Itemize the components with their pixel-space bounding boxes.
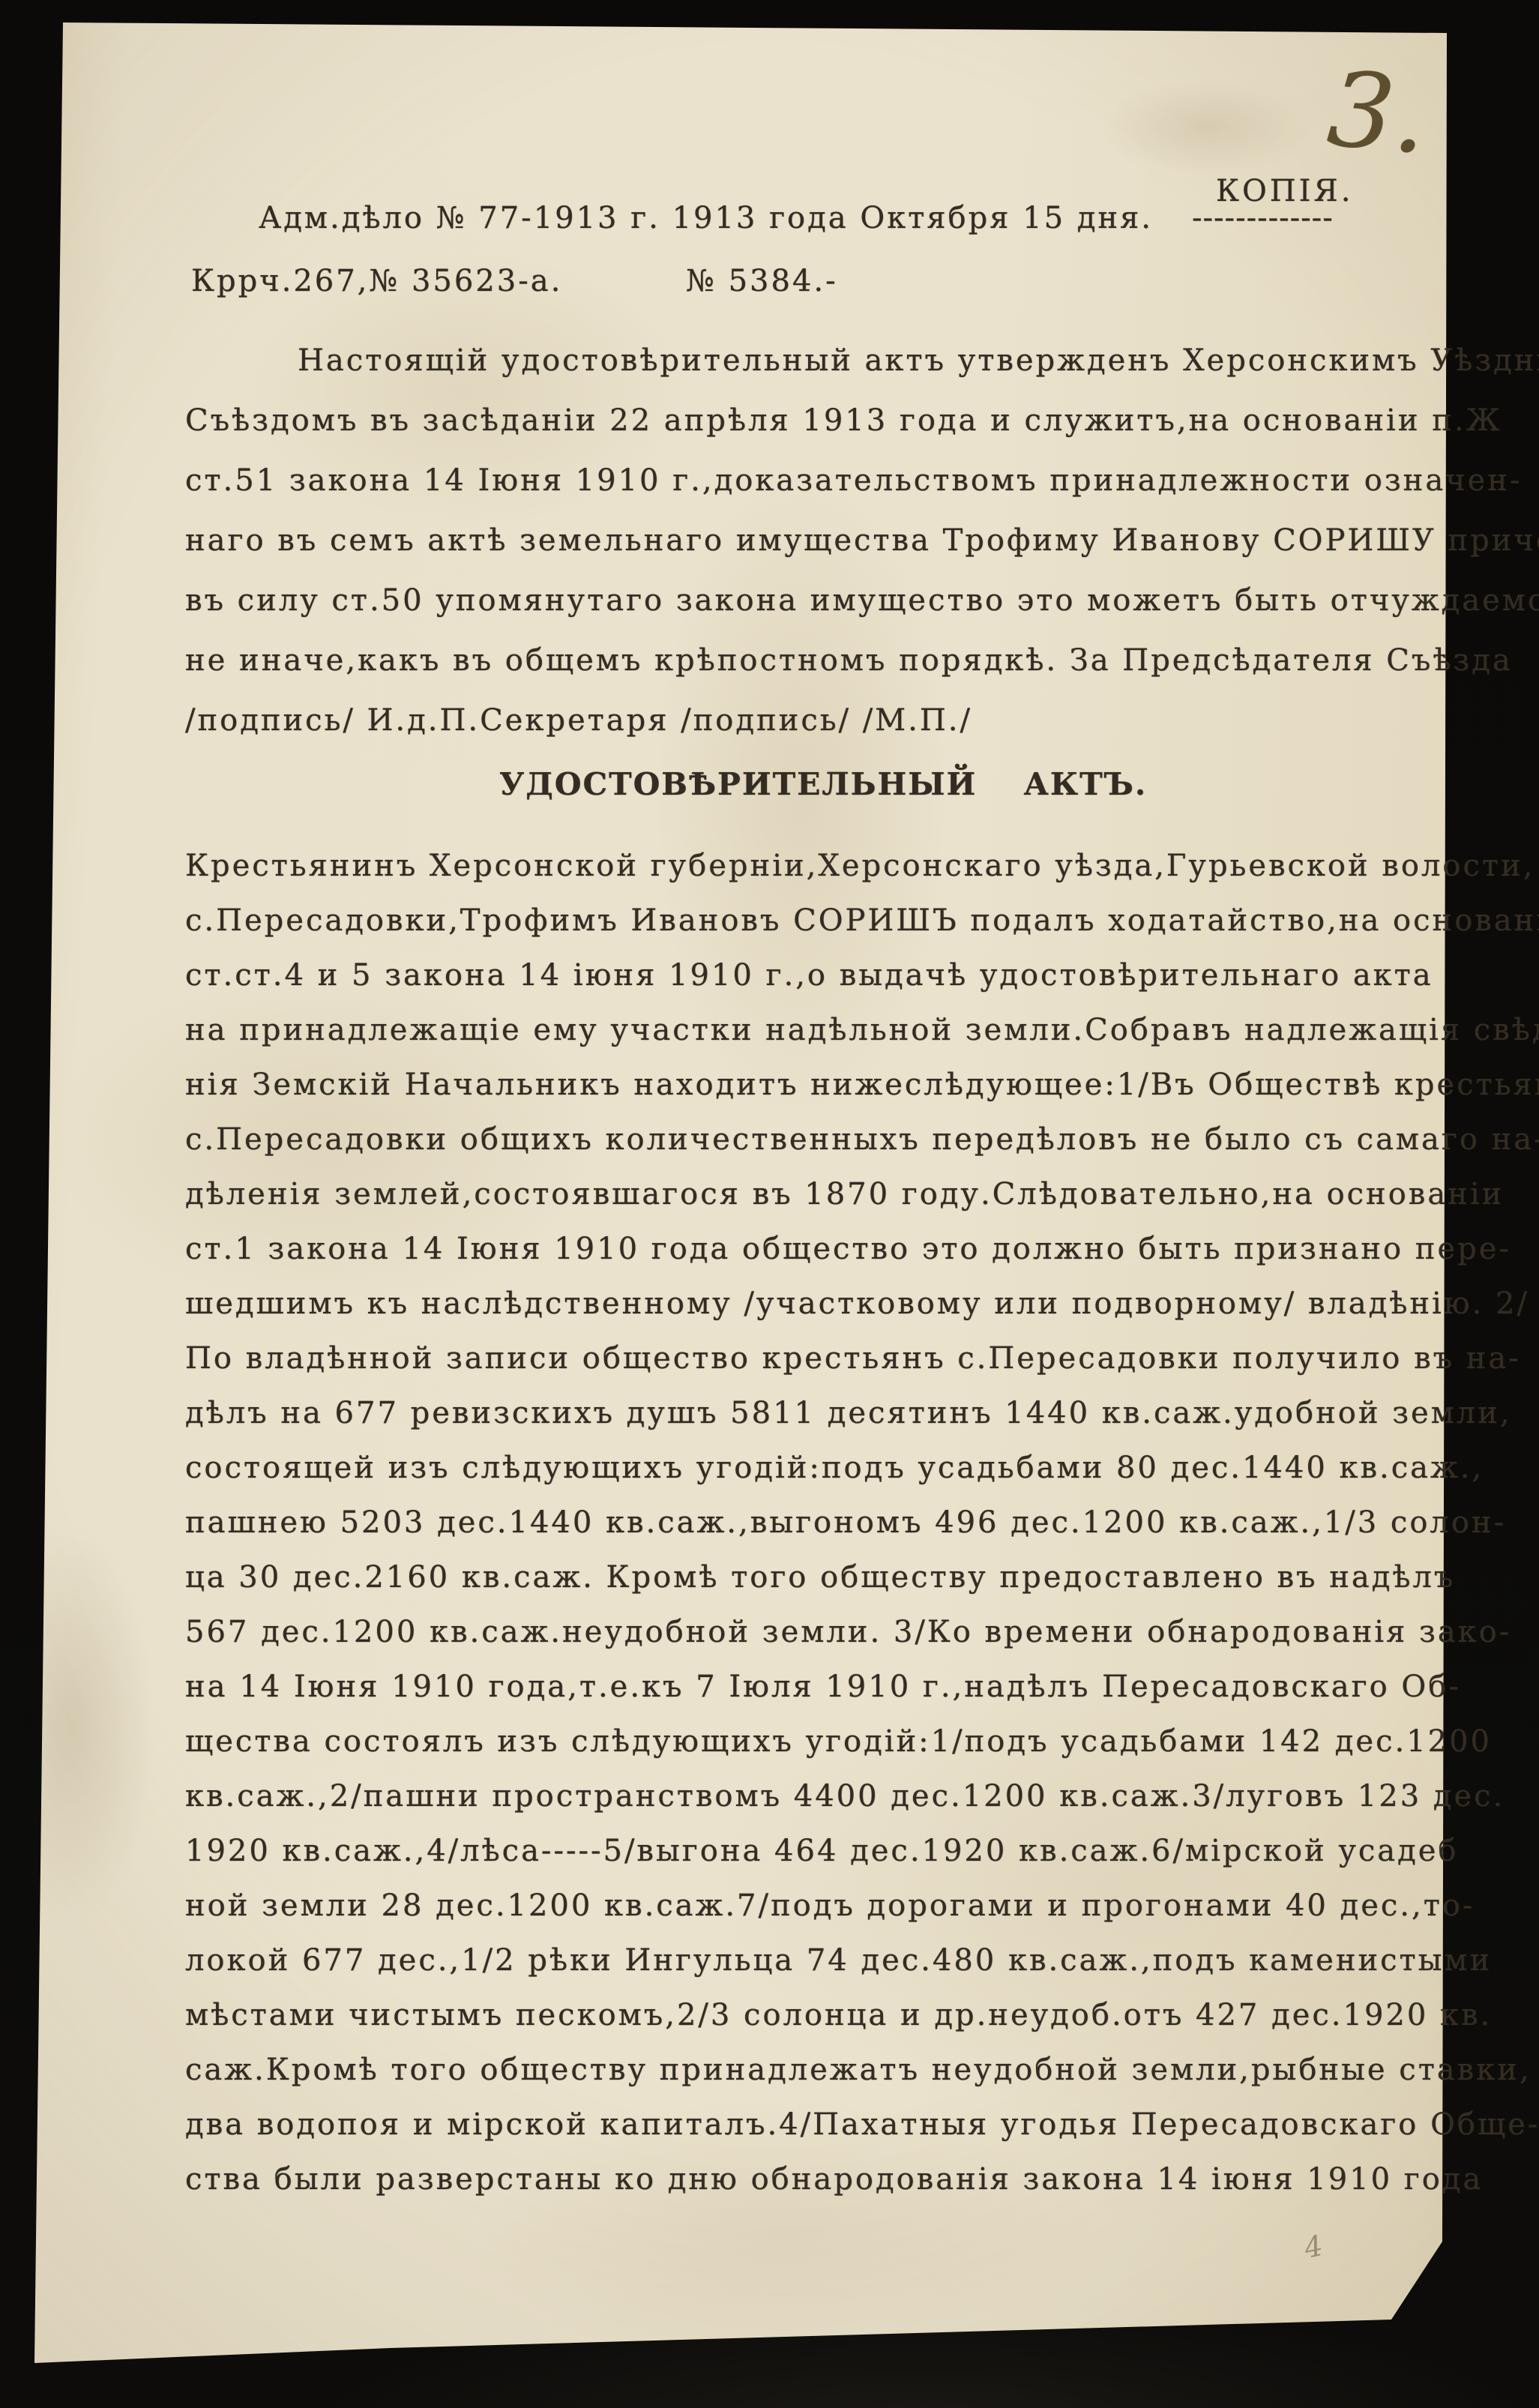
- scan-background: 3. КОПІЯ. ------------- Адм.дѣло № 77-19…: [0, 0, 1539, 2408]
- typewritten-line: локой 677 дес.,1/2 рѣки Ингульца 74 дес.…: [185, 1940, 1460, 1995]
- preamble-paragraph: Настоящій удостовѣрительный актъ утвержд…: [185, 339, 1452, 759]
- typewritten-line: шедшимъ къ наслѣдственному /участковому …: [185, 1283, 1460, 1338]
- typewritten-line: 567 дес.1200 кв.саж.неудобной земли. 3/К…: [185, 1612, 1460, 1667]
- typewritten-line: По владѣнной записи общество крестьянъ с…: [185, 1338, 1460, 1393]
- typewritten-line: Крестьянинъ Херсонской губерніи,Херсонск…: [185, 846, 1460, 900]
- typewritten-line: въ силу ст.50 упомянутаго закона имущест…: [185, 579, 1452, 639]
- typewritten-line: на 14 Іюня 1910 года,т.е.къ 7 Іюля 1910 …: [185, 1667, 1460, 1721]
- typewritten-line: кв.саж.,2/пашни пространствомъ 4400 дес.…: [185, 1776, 1460, 1831]
- typewritten-line: саж.Кромѣ того обществу принадлежатъ неу…: [185, 2050, 1460, 2104]
- typewritten-line: 1920 кв.саж.,4/лѣса-----5/выгона 464 дес…: [185, 1831, 1460, 1885]
- typewritten-line: не иначе,какъ въ общемъ крѣпостномъ поря…: [185, 639, 1452, 699]
- typewritten-line: с.Пересадовки общихъ количественныхъ пер…: [185, 1119, 1460, 1174]
- typewritten-line: наго въ семъ актѣ земельнаго имущества Т…: [185, 519, 1452, 579]
- typewritten-line: /подпись/ И.д.П.Секретаря /подпись/ /М.П…: [185, 699, 1452, 759]
- typewritten-line: дѣленія землей,состоявшагося въ 1870 год…: [185, 1174, 1460, 1229]
- act-title: УДОСТОВѢРИТЕЛЬНЫЙ АКТЪ.: [499, 766, 1147, 802]
- typewritten-line: два водопоя и мірской капиталъ.4/Пахатны…: [185, 2104, 1460, 2159]
- typewritten-line: Настоящій удостовѣрительный актъ утвержд…: [185, 339, 1452, 399]
- typewritten-line: нія Земскій Начальникъ находитъ нижеслѣд…: [185, 1065, 1460, 1119]
- reference-number-left: Кррч.267,№ 35623-а.: [191, 264, 562, 298]
- typewritten-line: ст.51 закона 14 Іюня 1910 г.,доказательс…: [185, 459, 1452, 519]
- typewritten-line: ства были разверстаны ко дню обнародован…: [185, 2159, 1460, 2214]
- case-header-line: Адм.дѣло № 77-1913 г. 1913 года Октября …: [259, 201, 1153, 235]
- typewritten-line: дѣлъ на 677 ревизскихъ душъ 5811 десятин…: [185, 1393, 1460, 1448]
- typewritten-line: ст.ст.4 и 5 закона 14 іюня 1910 г.,о выд…: [185, 955, 1460, 1010]
- typewritten-line: щества состоялъ изъ слѣдующихъ угодій:1/…: [185, 1721, 1460, 1776]
- typewritten-line: Съѣздомъ въ засѣданіи 22 апрѣля 1913 год…: [185, 399, 1452, 459]
- typewritten-line: мѣстами чистымъ пескомъ,2/3 солонца и др…: [185, 1995, 1460, 2050]
- typewritten-line: с.Пересадовки,Трофимъ Ивановъ СОРИШЪ под…: [185, 900, 1460, 955]
- typewritten-line: ст.1 закона 14 Іюня 1910 года общество э…: [185, 1229, 1460, 1283]
- typewritten-line: на принадлежащіе ему участки надѣльной з…: [185, 1010, 1460, 1065]
- reference-number-right: № 5384.-: [686, 264, 838, 298]
- typewritten-line: ной земли 28 дес.1200 кв.саж.7/подъ доро…: [185, 1885, 1460, 1940]
- typewritten-line: пашнею 5203 дес.1440 кв.саж.,выгономъ 49…: [185, 1502, 1460, 1557]
- typewritten-line: состоящей изъ слѣдующихъ угодій:подъ уса…: [185, 1448, 1460, 1502]
- act-body-paragraph: Крестьянинъ Херсонской губерніи,Херсонск…: [185, 846, 1460, 2214]
- page-number-handwritten: 3.: [1323, 49, 1432, 178]
- copy-underline: -------------: [1192, 201, 1334, 235]
- typewritten-line: ца 30 дес.2160 кв.саж. Кромѣ того общест…: [185, 1557, 1460, 1612]
